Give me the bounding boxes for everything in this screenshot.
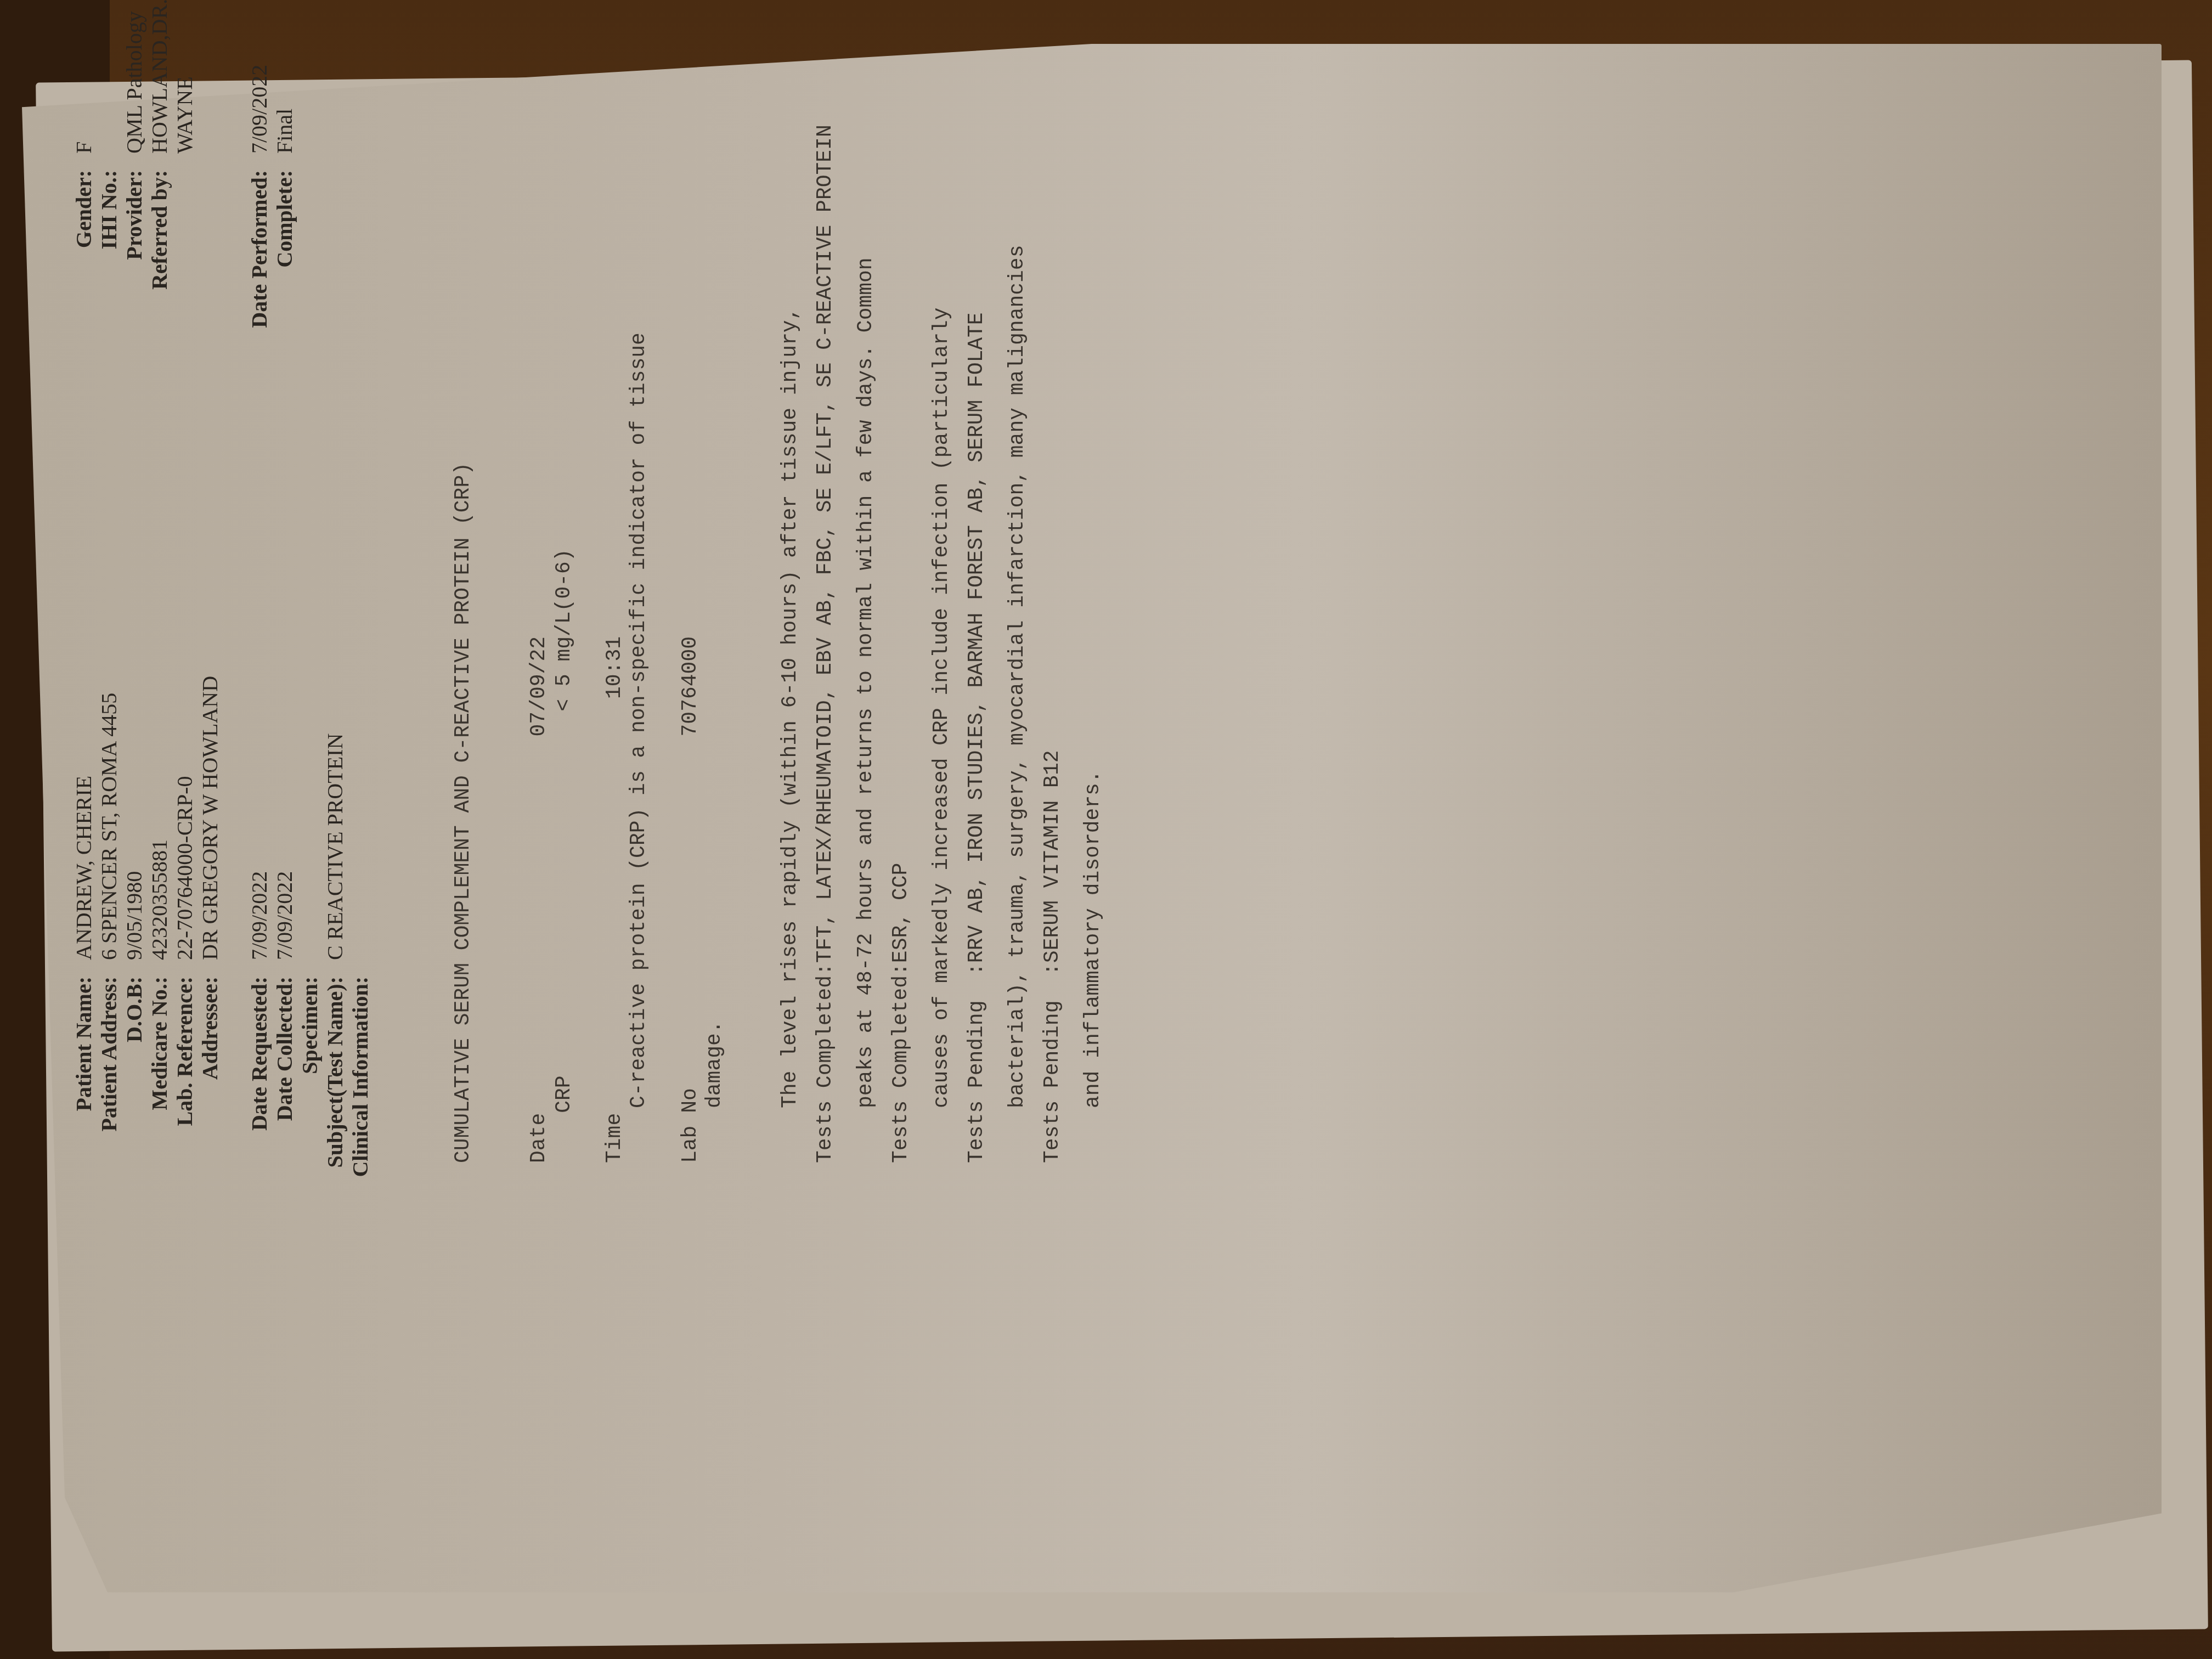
request-details: Date Requested: 7/09/2022 Date Collected…: [247, 733, 373, 1328]
field-patient-name: Patient Name: ANDREW, CHERIE: [71, 676, 97, 1328]
field-referred-by-cont: WAYNE: [172, 0, 198, 390]
tests-completed-row: Tests Completed:ESR, CCP: [889, 125, 914, 1163]
pathology-report: Patient Name: ANDREW, CHERIE Patient Add…: [71, 0, 1114, 1328]
field-specimen: Specimen:: [297, 733, 323, 1328]
field-medicare-no: Medicare No.: 42320355881: [147, 676, 172, 1328]
field-subject-test-name: Subject(Test Name): C REACTIVE PROTEIN: [323, 733, 348, 1328]
field-provider: Provider: QML Pathology: [122, 0, 147, 390]
tests-status: Tests Completed:TFT, LATEX/RHEUMATOID, E…: [763, 125, 1116, 1163]
field-date-collected: Date Collected: 7/09/2022: [272, 733, 297, 1328]
tests-pending-row: Tests Pending :RRV AB, IRON STUDIES, BAR…: [964, 125, 990, 1163]
field-date-performed: Date Performed: 7/09/2022: [247, 65, 272, 390]
field-clinical-information: Clinical Information:: [348, 733, 373, 1328]
field-patient-address: Patient Address: 6 SPENCER ST, ROMA 4455: [97, 676, 122, 1328]
field-ihi-no: IHI No.:: [97, 0, 122, 390]
field-dob: D.O.B: 9/05/1980: [122, 676, 147, 1328]
provider-details: Gender: F IHI No.: Provider: QML Patholo…: [71, 0, 198, 390]
field-date-requested: Date Requested: 7/09/2022: [247, 733, 272, 1328]
field-addressee: Addressee: DR GREGORY W HOWLAND: [198, 676, 223, 1328]
field-complete-status: Complete: Final: [272, 65, 297, 390]
crp-value: < 5 mg/L(0-6): [552, 549, 577, 1075]
field-referred-by: Referred by: HOWLAND,DR. GREGORY: [147, 0, 172, 390]
tests-pending-row: Tests Pending :SERUM VITAMIN B12: [1040, 125, 1065, 1163]
cumulative-title: CUMULATIVE SERUM COMPLEMENT AND C-REACTI…: [451, 462, 476, 1163]
performance-details: Date Performed: 7/09/2022 Complete: Fina…: [247, 65, 297, 390]
field-lab-reference: Lab. Reference: 22-70764000-CRP-0: [172, 676, 198, 1328]
tests-completed-row: Tests Completed:TFT, LATEX/RHEUMATOID, E…: [813, 125, 838, 1163]
crp-label: CRP: [552, 1075, 576, 1113]
patient-details: Patient Name: ANDREW, CHERIE Patient Add…: [71, 676, 223, 1328]
field-gender: Gender: F: [71, 0, 97, 390]
